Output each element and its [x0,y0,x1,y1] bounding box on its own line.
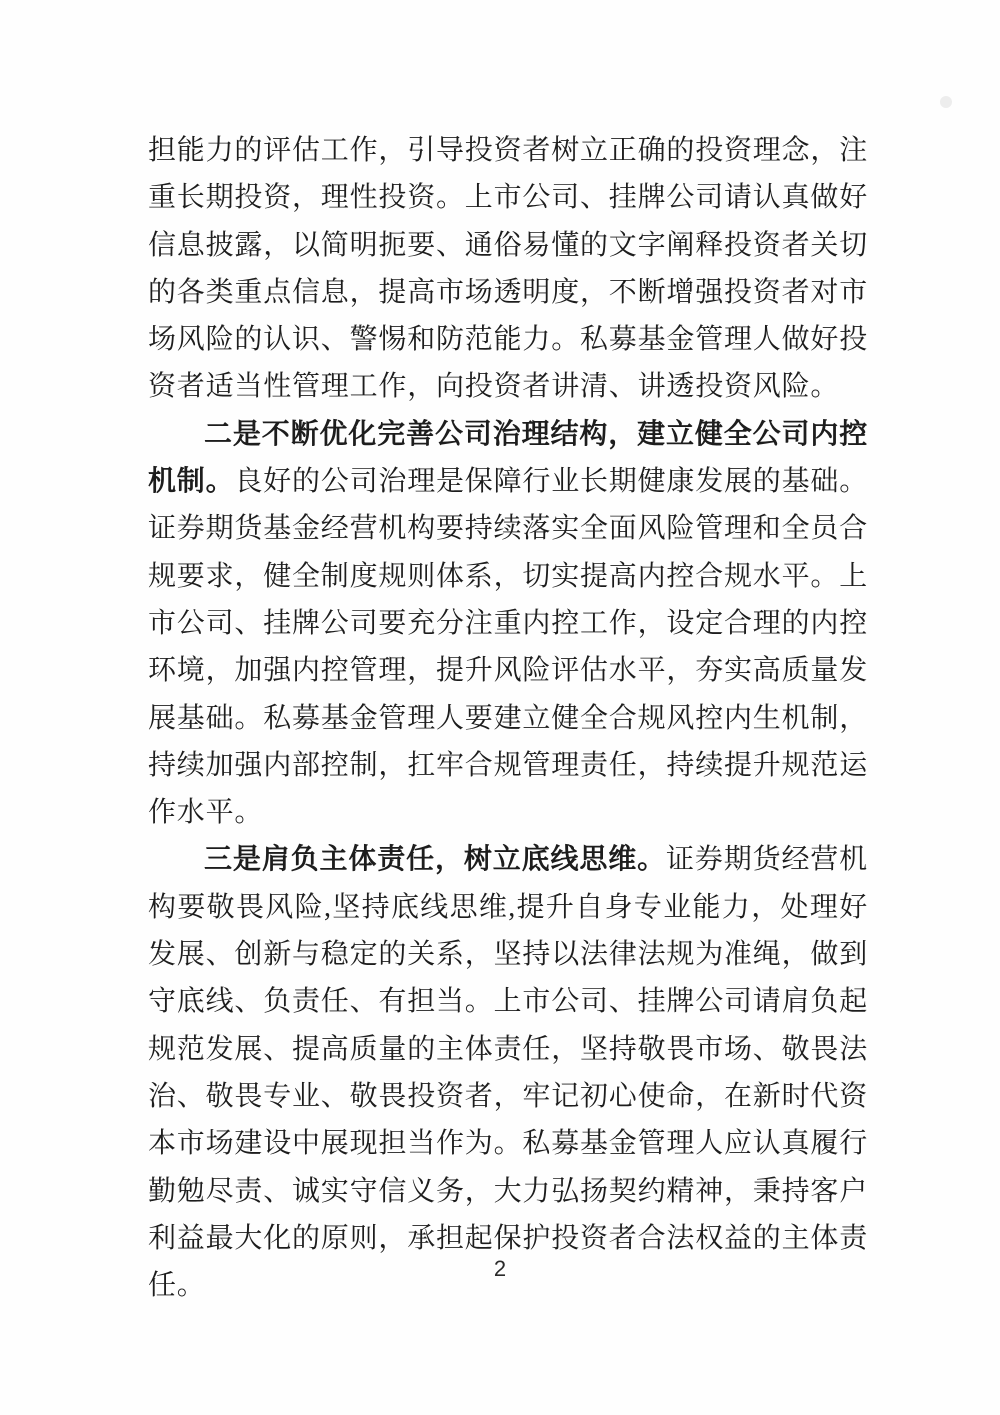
paragraph-responsibility: 三是肩负主体责任，树立底线思维。证券期货经营机构要敬畏风险,坚持底线思维,提升自… [148,836,868,1309]
document-body: 担能力的评估工作，引导投资者树立正确的投资理念，注重长期投资，理性投资。上市公司… [148,127,868,1309]
page-footer: 2 [0,1256,1000,1282]
paragraph-text: 证券期货经营机构要敬畏风险,坚持底线思维,提升自身专业能力，处理好发展、创新与稳… [148,844,868,1301]
paragraph-lead: 三是肩负主体责任，树立底线思维。 [204,844,666,875]
page-number: 2 [494,1256,506,1281]
paragraph-text: 良好的公司治理是保障行业长期健康发展的基础。证券期货基金经营机构要持续落实全面风… [148,466,868,828]
scan-artifact [940,96,952,108]
paragraph-investor-education: 担能力的评估工作，引导投资者树立正确的投资理念，注重长期投资，理性投资。上市公司… [148,127,868,411]
document-page: 担能力的评估工作，引导投资者树立正确的投资理念，注重长期投资，理性投资。上市公司… [0,0,1000,1415]
paragraph-governance: 二是不断优化完善公司治理结构，建立健全公司内控机制。良好的公司治理是保障行业长期… [148,411,868,837]
paragraph-text: 担能力的评估工作，引导投资者树立正确的投资理念，注重长期投资，理性投资。上市公司… [148,135,868,402]
